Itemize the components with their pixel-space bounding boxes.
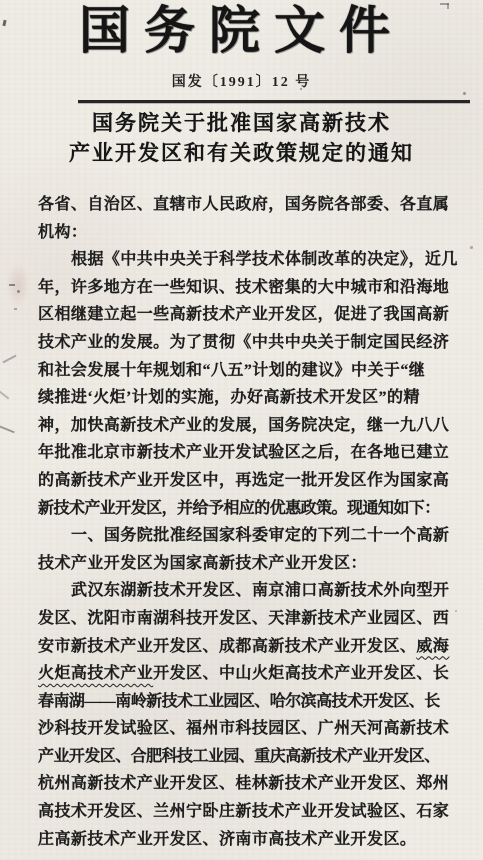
body-text: 的高新技术产业开发区中，再选定一批开发区作为国家高 — [38, 472, 449, 489]
title-line-2: 产业开发区和有关政策规定的通知 — [0, 138, 483, 168]
body-line: 产业开发区、合肥科技工业园、重庆高新技术产业开发区、 — [38, 743, 452, 771]
body-text: 各省、自治区、直辖市人民政府，国务院各部委、各直属 — [38, 196, 449, 213]
body-text: 庄高新技术产业开发区、济南市高技术产业开发区。 — [38, 831, 416, 848]
body-line: 沙科技开发试验区、福州市科技园区、广州天河高新技术 — [38, 715, 452, 743]
body-text: 春南湖——南岭新技术工业园区、哈尔滨高技术开发区、长 — [38, 693, 440, 710]
body-text: 技术产业的发展。为了贯彻《中共中央关于制定国民经济 — [38, 334, 449, 351]
body-line: 武汉东湖新技术开发区、南京浦口高新技术外向型开 — [38, 577, 452, 605]
document-title: 国务院关于批准国家高新技术 产业开发区和有关政策规定的通知 — [0, 108, 483, 168]
body-text: 年批准北京市新技术产业开发试验区之后，在各地已建立 — [38, 444, 449, 461]
body-line: 一、国务院批准经国家科委审定的下列二十一个高新 — [38, 522, 452, 550]
scan-speck — [17, 290, 20, 293]
body-text: 年，许多地方在一些知识、技术密集的大中城市和沿海地 — [38, 279, 449, 296]
body-line: 技术产业的发展。为了贯彻《中共中央关于制定国民经济 — [38, 329, 452, 357]
body-line: 火炬高技术产业开发区、中山火炬高技术产业开发区、长 — [38, 660, 452, 688]
body-line: 发区、沈阳市南湖科技开发区、天津新技术产业园区、西 — [38, 605, 452, 633]
body-text: 开发区、中山火炬高技术产业开发区、长 — [153, 665, 449, 682]
body-line: 和社会发展十年规划和“八五”计划的建议》中关于“继 — [38, 357, 452, 385]
scan-speck — [2, 355, 16, 364]
body-line: 年，许多地方在一些知识、技术密集的大中城市和沿海地 — [38, 274, 452, 302]
body-text: 机构： — [38, 224, 87, 241]
body-line: 根据《中共中央关于科学技术体制改革的决定》，近几 — [38, 246, 452, 274]
body-text: 发区、沈阳市南湖科技开发区、天津新技术产业园区、西 — [38, 610, 449, 627]
body-line: 新技术产业开发区，并给予相应的优惠政策。现通知如下： — [38, 495, 452, 523]
body-line: 庄高新技术产业开发区、济南市高技术产业开发区。 — [38, 826, 452, 854]
body-line: 安市新技术产业开发区、成都高新技术产业开发区、威海 — [38, 633, 452, 661]
scan-speck — [463, 92, 466, 95]
document-number: 国发〔1991〕12 号 — [0, 71, 483, 91]
body-line: 各省、自治区、直辖市人民政府，国务院各部委、各直属 — [38, 191, 452, 219]
body-text: 新技术产业开发区，并给予相应的优惠政策。现通知如下： — [38, 500, 440, 517]
header-divider — [78, 100, 470, 103]
body-line: 春南湖——南岭新技术工业园区、哈尔滨高技术开发区、长 — [38, 688, 452, 716]
body-text: 产业开发区、合肥科技工业园、重庆高新技术产业开发区、 — [38, 748, 440, 765]
document-banner: 国务院文件 — [0, 2, 483, 62]
scan-speck — [455, 610, 457, 612]
scan-speck — [14, 308, 17, 310]
body-text: 高技术开发区、兰州宁卧庄新技术产业开发试验区、石家 — [38, 803, 449, 820]
body-text: 和社会发展十年规划和“八五”计划的建议》中关于“继 — [38, 362, 425, 379]
body-line: 年批准北京市新技术产业开发试验区之后，在各地已建立 — [38, 439, 452, 467]
body-text: 安市新技术产业开发区、成都高新技术产业开发区、 — [38, 638, 416, 655]
body-text: 武汉东湖新技术开发区、南京浦口高新技术外向型开 — [71, 582, 449, 599]
body-text: 沙科技开发试验区、福州市科技园区、广州天河高新技术 — [38, 720, 449, 737]
title-line-1: 国务院关于批准国家高新技术 — [0, 108, 483, 138]
body-line: 杭州高新技术产业开发区、桂林新技术产业开发区、郑州 — [38, 770, 452, 798]
hand-underline-annotation: 威海 — [416, 638, 449, 655]
body-text: 根据《中共中央关于科学技术体制改革的决定》，近几 — [71, 251, 458, 268]
body-line: 神，加快高新技术产业的发展，国务院决定，继一九八八 — [38, 412, 452, 440]
scan-speck — [470, 246, 473, 249]
scan-smudge — [6, 262, 30, 308]
scan-speck — [9, 284, 15, 286]
body-line: 机构： — [38, 219, 452, 247]
document-body: 各省、自治区、直辖市人民政府，国务院各部委、各直属机构：根据《中共中央关于科学技… — [38, 191, 452, 853]
body-text: 神，加快高新技术产业的发展，国务院决定，继一九八八 — [38, 417, 449, 434]
body-line: 技术产业开发区为国家高新技术产业开发区： — [38, 550, 452, 578]
scan-speck — [0, 391, 9, 400]
body-line: 续推进‘火炬’计划的实施，办好高新技术开发区”的精 — [38, 384, 452, 412]
body-text: 一、国务院批准经国家科委审定的下列二十一个高新 — [71, 527, 449, 544]
body-text: 杭州高新技术产业开发区、桂林新技术产业开发区、郑州 — [38, 775, 449, 792]
scanned-document-page: 国务院文件 国发〔1991〕12 号 国务院关于批准国家高新技术 产业开发区和有… — [0, 0, 483, 860]
body-text: 续推进‘火炬’计划的实施，办好高新技术开发区”的精 — [38, 389, 420, 406]
scan-speck — [0, 425, 15, 434]
hand-underline-annotation: 火炬高技术产业 — [38, 665, 153, 682]
body-line: 高技术开发区、兰州宁卧庄新技术产业开发试验区、石家 — [38, 798, 452, 826]
body-text: 区相继建立起一些高新技术产业开发区，促进了我国高新 — [38, 306, 449, 323]
body-line: 的高新技术产业开发区中，再选定一批开发区作为国家高 — [38, 467, 452, 495]
body-line: 区相继建立起一些高新技术产业开发区，促进了我国高新 — [38, 301, 452, 329]
body-text: 技术产业开发区为国家高新技术产业开发区： — [38, 555, 367, 572]
